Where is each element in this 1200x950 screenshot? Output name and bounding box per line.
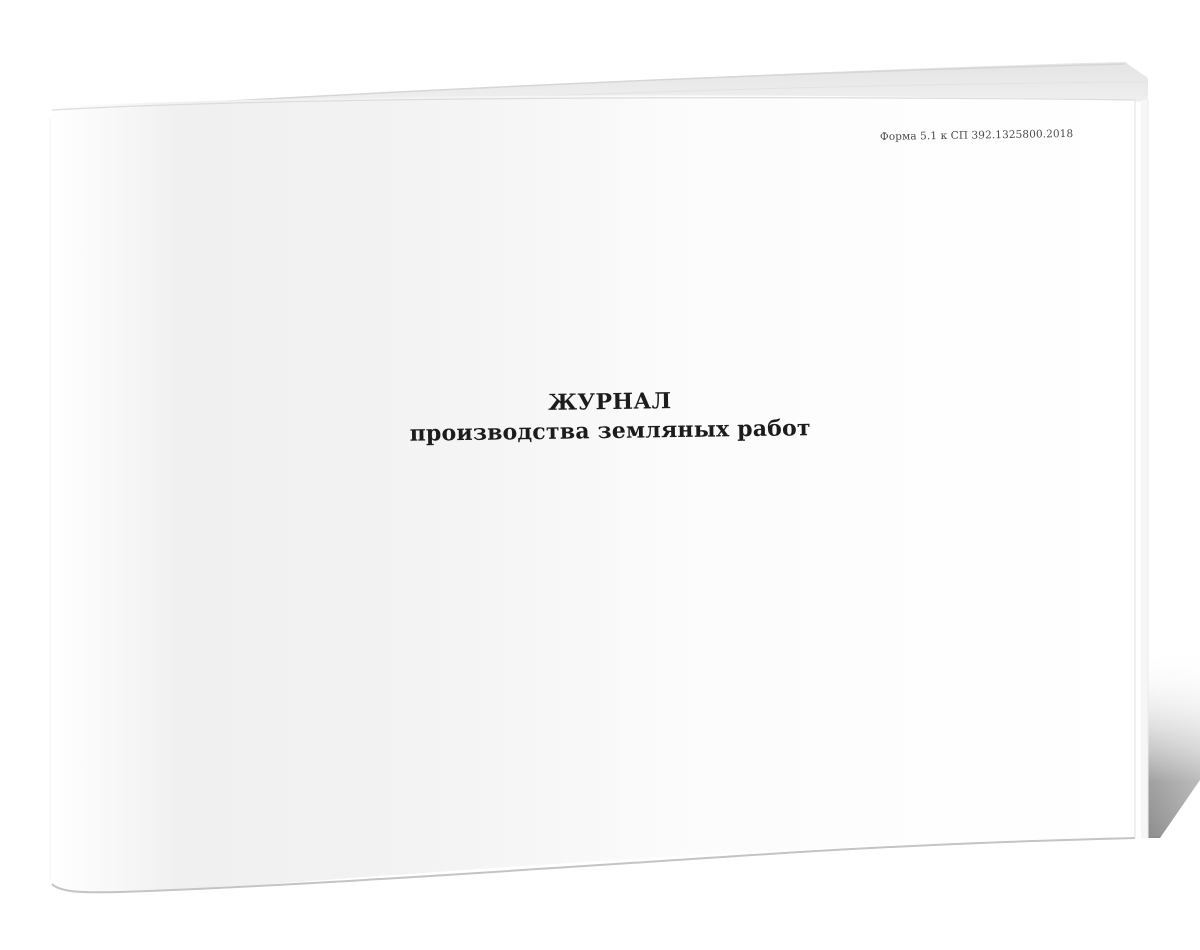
product-scene: Форма 5.1 к СП 392.1325800.2018 ЖУРНАЛ п… — [0, 0, 1200, 950]
title-block: ЖУРНАЛ производства земляных работ — [330, 384, 891, 450]
journal-illustration — [0, 0, 1200, 950]
cover-shadow — [1146, 590, 1200, 838]
journal-cover — [50, 95, 1135, 894]
